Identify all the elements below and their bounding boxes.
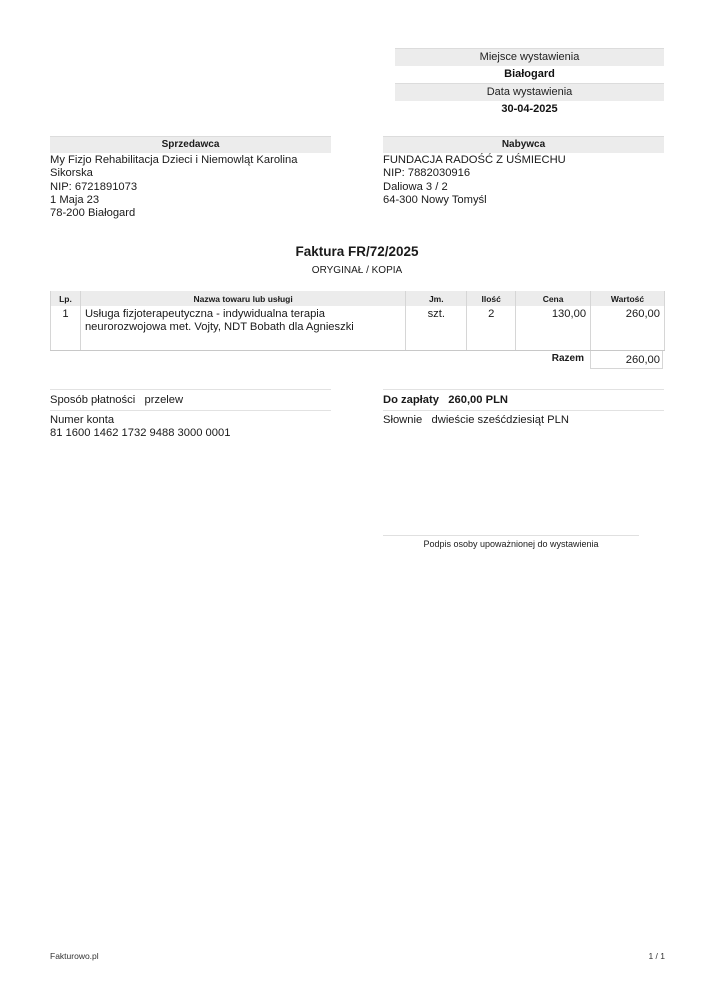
payment-method-row: Sposób płatności przelew [50, 394, 183, 407]
total-label: Razem [540, 353, 584, 364]
col-qty: Ilość [467, 291, 516, 306]
col-price: Cena [516, 291, 591, 306]
item-name: Usługa fizjoterapeutyczna - indywidualna… [80, 306, 405, 351]
buyer-nip: NIP: 7882030916 [383, 167, 664, 180]
item-name-line2: neurorozwojowa met. Vojty, NDT Bobath dl… [85, 321, 401, 334]
seller-street: 1 Maja 23 [50, 194, 331, 207]
col-name: Nazwa towaru lub usługi [80, 291, 405, 306]
seller-block: Sprzedawca My Fizjo Rehabilitacja Dzieci… [50, 136, 331, 220]
account-block: Numer konta 81 1600 1462 1732 9488 3000 … [50, 414, 230, 440]
amount-due-label: Do zapłaty [383, 394, 439, 406]
date-label: Data wystawienia [395, 83, 664, 101]
payment-method-label: Sposób płatności [50, 394, 135, 406]
item-price: 130,00 [516, 306, 591, 351]
item-unit: szt. [406, 306, 467, 351]
item-name-line1: Usługa fizjoterapeutyczna - indywidualna… [85, 308, 401, 321]
due-divider [383, 410, 664, 411]
amount-due-row: Do zapłaty 260,00 PLN [383, 394, 508, 407]
items-table: Lp. Nazwa towaru lub usługi Jm. Ilość Ce… [50, 291, 665, 351]
total-value: 260,00 [590, 351, 663, 369]
seller-name-line2: Sikorska [50, 167, 331, 180]
place-value: Białogard [395, 66, 664, 83]
buyer-street: Daliowa 3 / 2 [383, 181, 664, 194]
buyer-name: FUNDACJA RADOŚĆ Z UŚMIECHU [383, 154, 664, 167]
seller-city: 78-200 Białogard [50, 207, 331, 220]
amount-words-label: Słownie [383, 414, 422, 426]
account-label: Numer konta [50, 414, 230, 427]
place-label: Miejsce wystawienia [395, 48, 664, 66]
col-lp: Lp. [51, 291, 81, 306]
signature-label: Podpis osoby upoważnionej do wystawienia [383, 539, 639, 549]
col-value: Wartość [591, 291, 665, 306]
item-lp: 1 [51, 306, 81, 351]
amount-words-value: dwieście sześćdziesiąt PLN [432, 414, 569, 426]
footer-brand: Fakturowo.pl [50, 951, 99, 961]
signature-line [383, 535, 639, 536]
buyer-block: Nabywca FUNDACJA RADOŚĆ Z UŚMIECHU NIP: … [383, 136, 664, 207]
buyer-city: 64-300 Nowy Tomyśl [383, 194, 664, 207]
due-divider-top [383, 389, 664, 390]
items-header-row: Lp. Nazwa towaru lub usługi Jm. Ilość Ce… [51, 291, 665, 306]
table-row: 1 Usługa fizjoterapeutyczna - indywidual… [51, 306, 665, 351]
col-unit: Jm. [406, 291, 467, 306]
date-value: 30-04-2025 [395, 101, 664, 118]
seller-name-line1: My Fizjo Rehabilitacja Dzieci i Niemowlą… [50, 154, 331, 167]
account-number: 81 1600 1462 1732 9488 3000 0001 [50, 427, 230, 440]
seller-details: My Fizjo Rehabilitacja Dzieci i Niemowlą… [50, 153, 331, 220]
footer-page-number: 1 / 1 [600, 951, 665, 961]
invoice-subtitle: ORYGINAŁ / KOPIA [0, 265, 714, 276]
item-value: 260,00 [591, 306, 665, 351]
payment-divider-top [50, 389, 331, 390]
amount-words-row: Słownie dwieście sześćdziesiąt PLN [383, 414, 569, 427]
buyer-heading: Nabywca [383, 136, 664, 153]
item-qty: 2 [467, 306, 516, 351]
issue-info-box: Miejsce wystawienia Białogard Data wysta… [395, 48, 664, 118]
seller-nip: NIP: 6721891073 [50, 181, 331, 194]
seller-heading: Sprzedawca [50, 136, 331, 153]
amount-due-value: 260,00 PLN [448, 394, 508, 406]
payment-divider [50, 410, 331, 411]
buyer-details: FUNDACJA RADOŚĆ Z UŚMIECHU NIP: 78820309… [383, 153, 664, 207]
invoice-title: Faktura FR/72/2025 [0, 244, 714, 259]
payment-method-value: przelew [145, 394, 184, 406]
